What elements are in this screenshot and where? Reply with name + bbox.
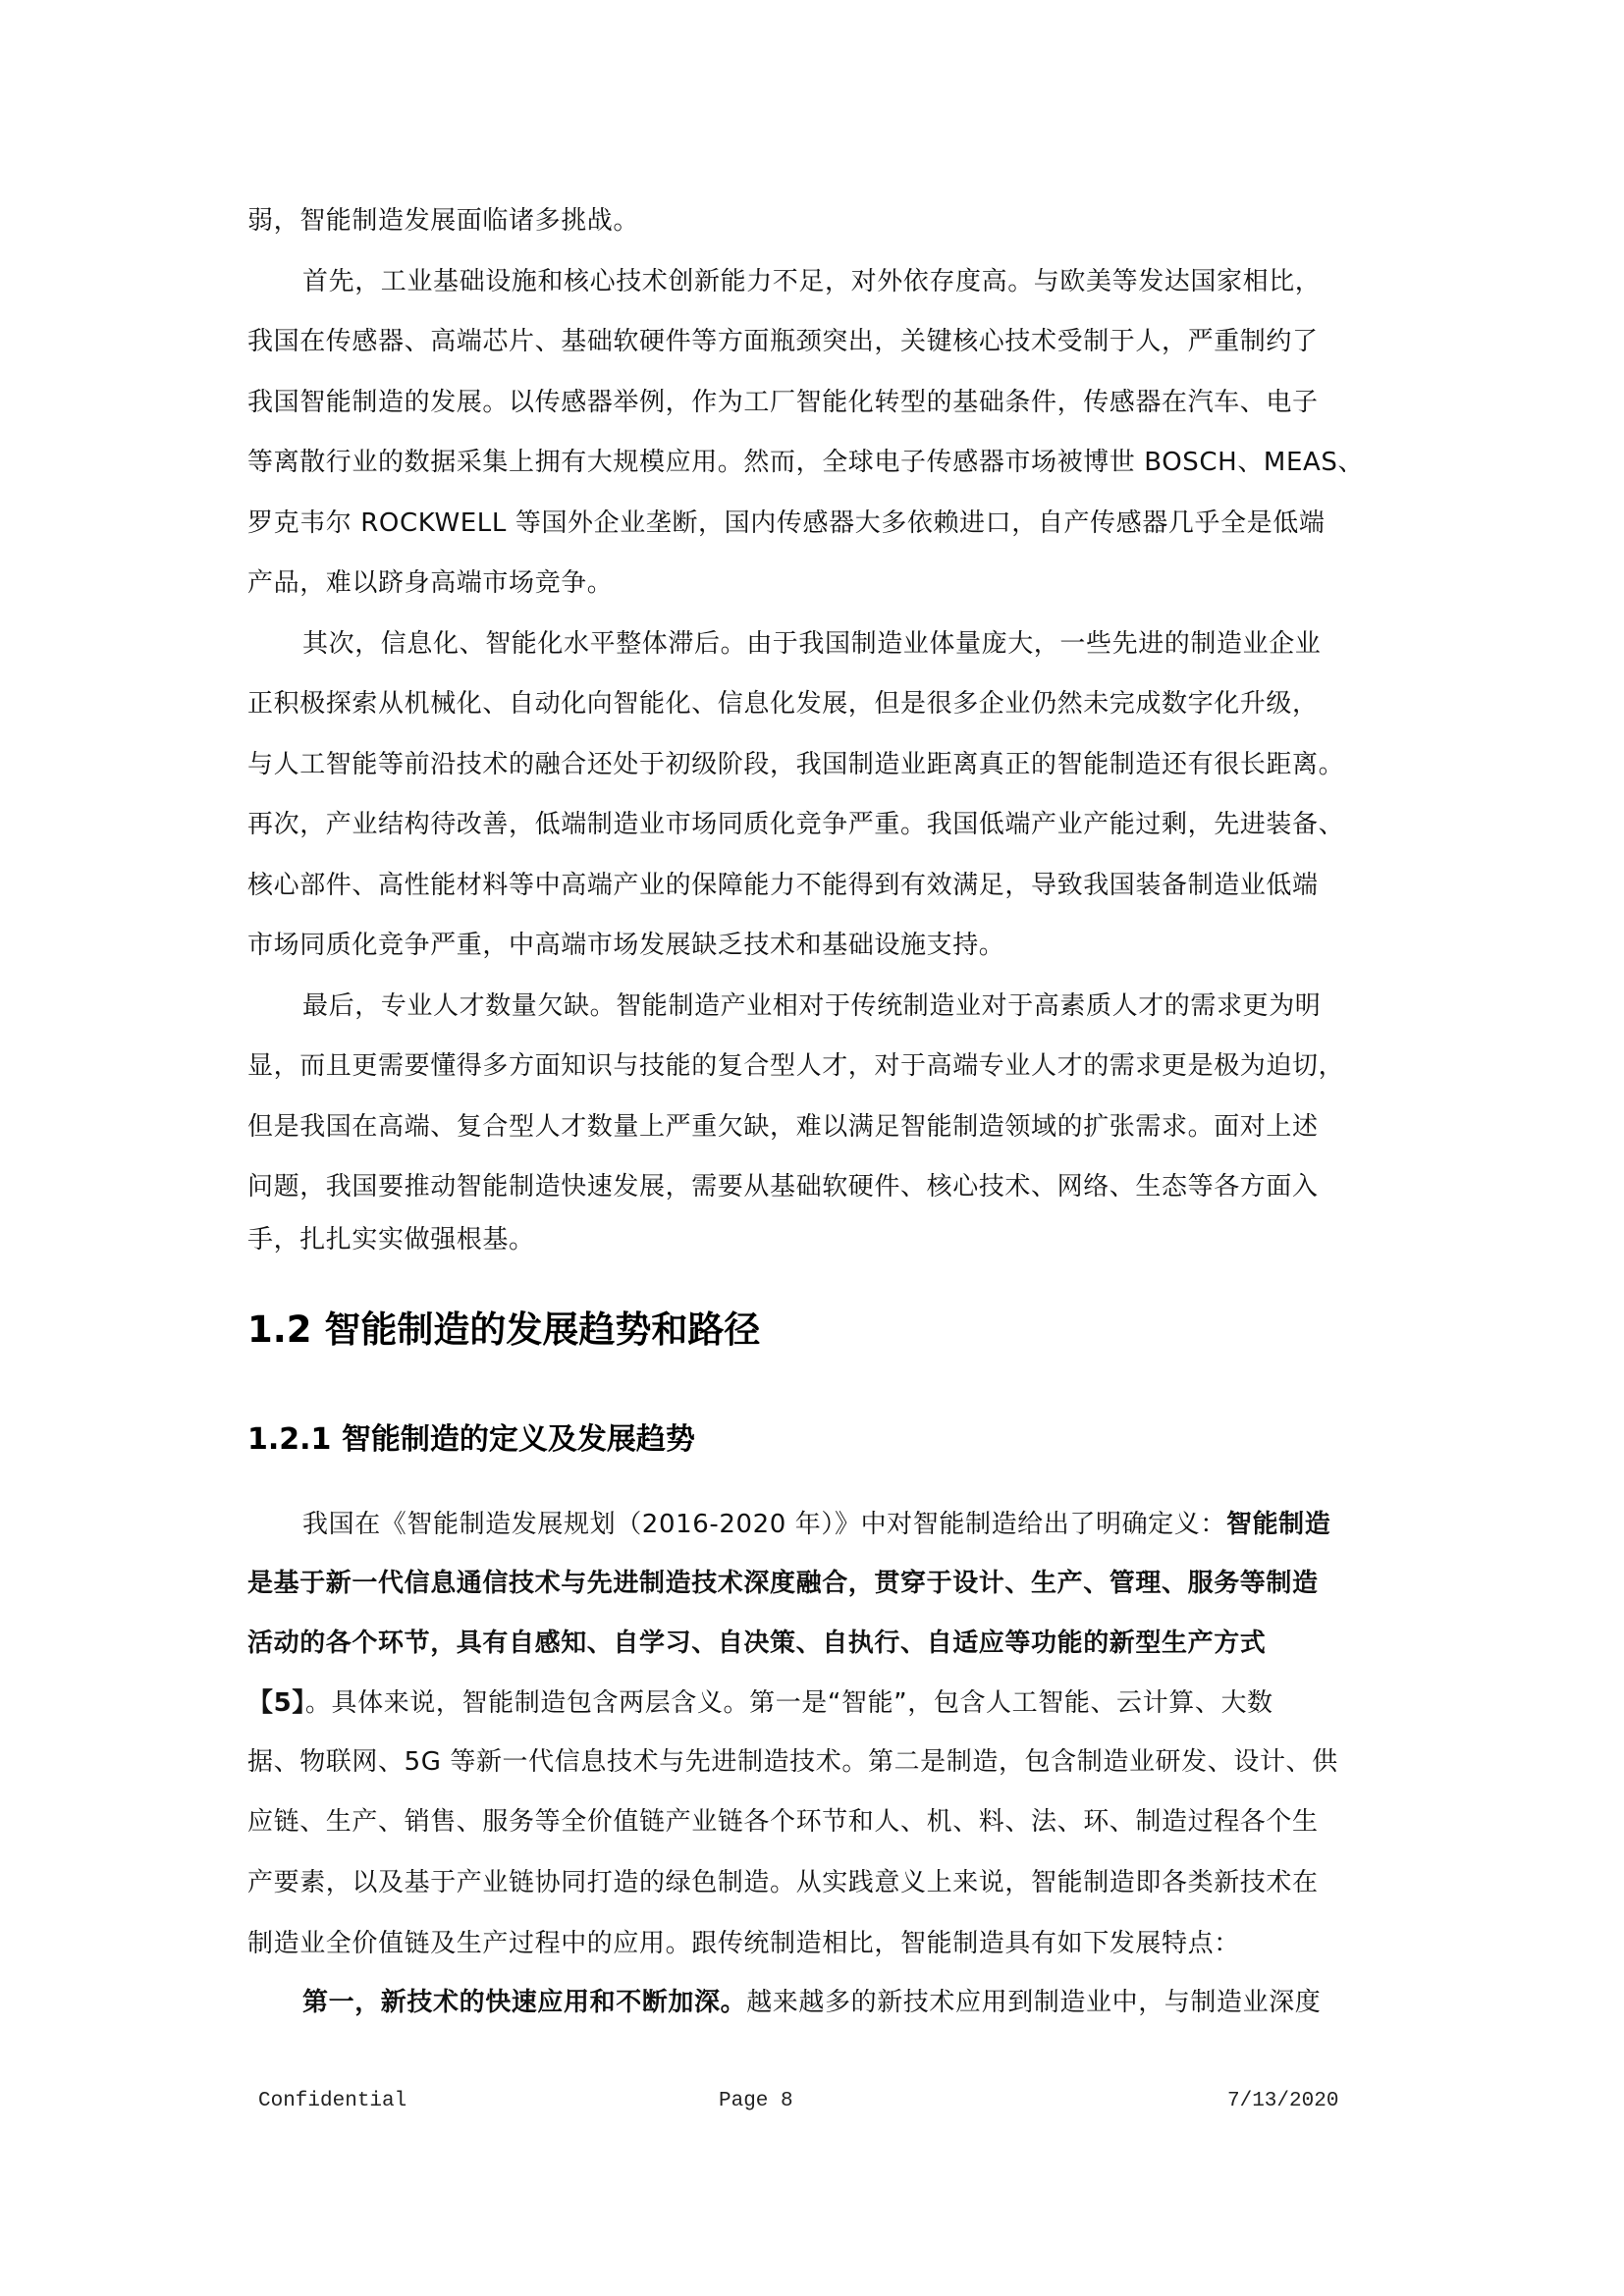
- citation-ref: 【5】: [247, 1688, 305, 1718]
- definition-line: 应链、生产、销售、服务等全价值链产业链各个环节和人、机、料、法、环、制造过程各个…: [247, 1802, 1386, 1842]
- footer-page-number: Page 8: [719, 2089, 793, 2114]
- paragraph-line: 我国在传感器、高端芯片、基础软硬件等方面瓶颈突出，关键核心技术受制于人，严重制约…: [247, 322, 1386, 361]
- definition-bold-text: 智能制造: [1226, 1510, 1330, 1539]
- footer-confidential: Confidential: [258, 2089, 406, 2114]
- definition-text: 。具体来说，智能制造包含两层含义。第一是“智能”，包含人工智能、云计算、大数: [305, 1688, 1273, 1718]
- paragraph-line: 显，而且更需要懂得多方面知识与技能的复合型人才，对于高端专业人才的需求更是极为迫…: [247, 1046, 1386, 1086]
- feature-text: 越来越多的新技术应用到制造业中，与制造业深度: [746, 1988, 1321, 2017]
- document-page: 弱，智能制造发展面临诸多挑战。 首先，工业基础设施和核心技术创新能力不足，对外依…: [0, 0, 1624, 2296]
- paragraph-line: 正积极探索从机械化、自动化向智能化、信息化发展，但是很多企业仍然未完成数字化升级…: [247, 684, 1386, 723]
- definition-line: 制造业全价值链及生产过程中的应用。跟传统制造相比，智能制造具有如下发展特点：: [247, 1924, 1386, 1963]
- paragraph-line: 我国智能制造的发展。以传感器举例，作为工厂智能化转型的基础条件，传感器在汽车、电…: [247, 383, 1386, 422]
- paragraph-line: 产品，难以跻身高端市场竞争。: [247, 563, 1386, 603]
- section-heading: 1.2 智能制造的发展趋势和路径: [247, 1306, 760, 1355]
- footer-date: 7/13/2020: [1227, 2089, 1338, 2114]
- paragraph-line: 其次，信息化、智能化水平整体滞后。由于我国制造业体量庞大，一些先进的制造业企业: [302, 624, 1441, 664]
- paragraph-line: 等离散行业的数据采集上拥有大规模应用。然而，全球电子传感器市场被博世 BOSCH…: [247, 443, 1386, 482]
- definition-line: 【5】。具体来说，智能制造包含两层含义。第一是“智能”，包含人工智能、云计算、大…: [247, 1683, 1386, 1723]
- paragraph-line: 问题，我国要推动智能制造快速发展，需要从基础软硬件、核心技术、网络、生态等各方面…: [247, 1167, 1386, 1206]
- definition-line: 产要素，以及基于产业链协同打造的绿色制造。从实践意义上来说，智能制造即各类新技术…: [247, 1863, 1386, 1902]
- paragraph-line: 罗克韦尔 ROCKWELL 等国外企业垄断，国内传感器大多依赖进口，自产传感器几…: [247, 504, 1386, 543]
- definition-line: 活动的各个环节，具有自感知、自学习、自决策、自执行、自适应等功能的新型生产方式: [247, 1624, 1386, 1663]
- paragraph-line: 与人工智能等前沿技术的融合还处于初级阶段，我国制造业距离真正的智能制造还有很长距…: [247, 745, 1386, 784]
- subsection-heading: 1.2.1 智能制造的定义及发展趋势: [247, 1419, 695, 1461]
- definition-text: 我国在《智能制造发展规划（2016-2020 年）》中对智能制造给出了明确定义：: [302, 1510, 1226, 1539]
- paragraph-line: 最后，专业人才数量欠缺。智能制造产业相对于传统制造业对于高素质人才的需求更为明: [302, 987, 1441, 1026]
- paragraph-line: 弱，智能制造发展面临诸多挑战。: [247, 201, 1386, 240]
- feature-title: 第一，新技术的快速应用和不断加深。: [302, 1988, 746, 2017]
- paragraph-line: 首先，工业基础设施和核心技术创新能力不足，对外依存度高。与欧美等发达国家相比，: [302, 262, 1441, 301]
- paragraph-line: 手，扎扎实实做强根基。: [247, 1220, 1386, 1259]
- paragraph-line: 但是我国在高端、复合型人才数量上严重欠缺，难以满足智能制造领域的扩张需求。面对上…: [247, 1107, 1386, 1147]
- definition-line: 我国在《智能制造发展规划（2016-2020 年）》中对智能制造给出了明确定义：…: [302, 1505, 1441, 1544]
- definition-line: 据、物联网、5G 等新一代信息技术与先进制造技术。第二是制造，包含制造业研发、设…: [247, 1742, 1386, 1782]
- paragraph-line: 市场同质化竞争严重，中高端市场发展缺乏技术和基础设施支持。: [247, 926, 1386, 965]
- paragraph-line: 核心部件、高性能材料等中高端产业的保障能力不能得到有效满足，导致我国装备制造业低…: [247, 866, 1386, 905]
- definition-line: 是基于新一代信息通信技术与先进制造技术深度融合，贯穿于设计、生产、管理、服务等制…: [247, 1564, 1386, 1603]
- paragraph-line: 再次，产业结构待改善，低端制造业市场同质化竞争严重。我国低端产业产能过剩，先进装…: [247, 805, 1386, 844]
- feature-line: 第一，新技术的快速应用和不断加深。越来越多的新技术应用到制造业中，与制造业深度: [302, 1983, 1441, 2022]
